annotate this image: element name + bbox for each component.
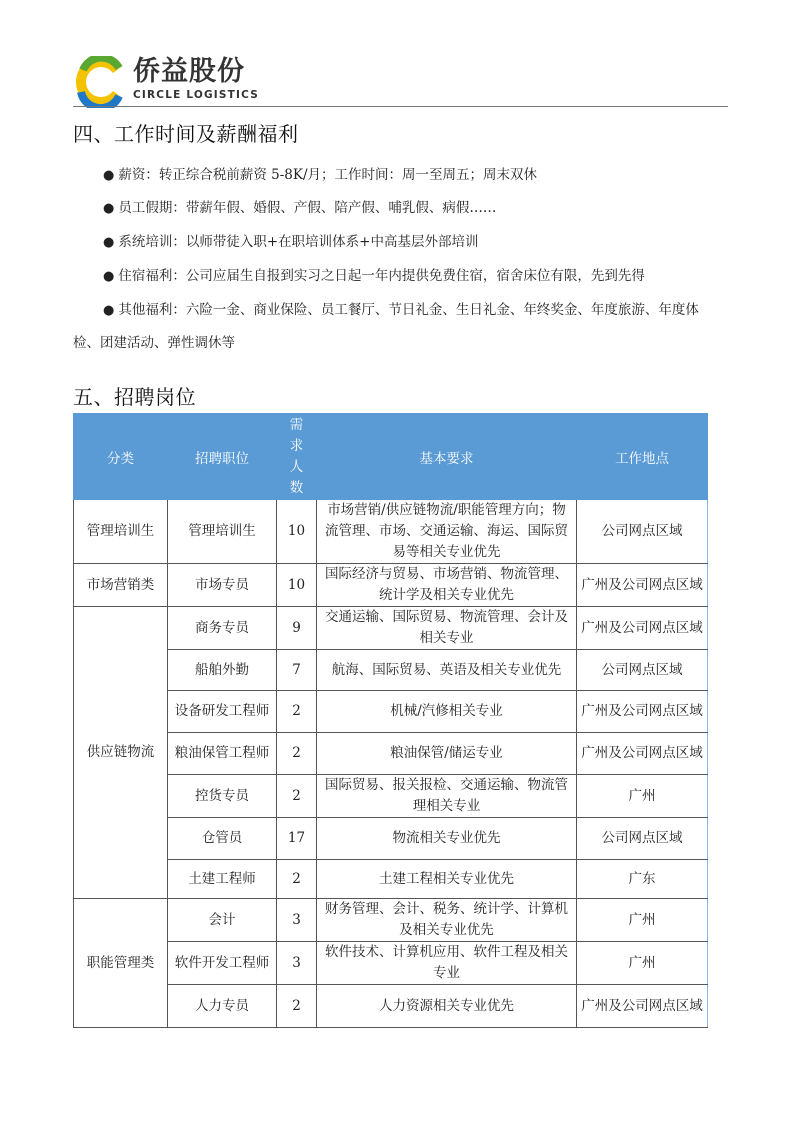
count-cell: 7 — [277, 650, 317, 691]
category-cell: 市场营销类 — [74, 564, 168, 607]
location-cell: 广州及公司网点区域 — [577, 733, 708, 775]
table-row: 仓管员 17 物流相关专业优先 公司网点区域 — [74, 818, 708, 860]
count-cell: 2 — [277, 860, 317, 899]
requirement-cell: 交通运输、国际贸易、物流管理、会计及相关专业 — [317, 607, 577, 650]
table-row: 粮油保管工程师 2 粮油保管/储运专业 广州及公司网点区域 — [74, 733, 708, 775]
requirement-cell: 财务管理、会计、税务、统计学、计算机及相关专业优先 — [317, 899, 577, 942]
count-cell: 17 — [277, 818, 317, 860]
location-cell: 广州 — [577, 899, 708, 942]
table-row: 土建工程师 2 土建工程相关专业优先 广东 — [74, 860, 708, 899]
header-char: 数 — [277, 478, 316, 499]
category-cell: 职能管理类 — [74, 899, 168, 1028]
location-cell: 公司网点区域 — [577, 650, 708, 691]
benefit-item-other: ●其他福利：六险一金、商业保险、员工餐厅、节日礼金、生日礼金、年终奖金、年度旅游… — [103, 298, 699, 318]
section-5-title: 五、招聘岗位 — [73, 381, 196, 410]
bullet-icon: ● — [103, 235, 114, 250]
position-cell: 商务专员 — [168, 607, 277, 650]
column-header-position: 招聘职位 — [168, 414, 277, 500]
location-cell: 广州及公司网点区域 — [577, 691, 708, 733]
count-cell: 3 — [277, 899, 317, 942]
position-cell: 粮油保管工程师 — [168, 733, 277, 775]
circle-logistics-logo-icon — [73, 56, 127, 108]
bullet-icon: ● — [103, 303, 114, 318]
count-cell: 2 — [277, 691, 317, 733]
count-cell: 3 — [277, 942, 317, 985]
column-header-count: 需 求 人 数 — [277, 414, 317, 500]
category-cell: 管理培训生 — [74, 500, 168, 564]
benefit-item-leave: ●员工假期：带薪年假、婚假、产假、陪产假、哺乳假、病假…… — [103, 196, 496, 216]
location-cell: 广州及公司网点区域 — [577, 564, 708, 607]
bullet-icon: ● — [103, 168, 114, 183]
bullet-icon: ● — [103, 201, 114, 216]
brand-name-english: CIRCLE LOGISTICS — [133, 89, 259, 101]
table-header-row: 分类 招聘职位 需 求 人 数 基本要求 工作地点 — [74, 414, 708, 500]
table-row: 供应链物流 商务专员 9 交通运输、国际贸易、物流管理、会计及相关专业 广州及公… — [74, 607, 708, 650]
benefit-text: 其他福利：六险一金、商业保险、员工餐厅、节日礼金、生日礼金、年终奖金、年度旅游、… — [118, 302, 699, 318]
position-cell: 仓管员 — [168, 818, 277, 860]
table-row: 软件开发工程师 3 软件技术、计算机应用、软件工程及相关专业 广州 — [74, 942, 708, 985]
position-cell: 控货专员 — [168, 775, 277, 818]
location-cell: 广州及公司网点区域 — [577, 985, 708, 1028]
count-cell: 10 — [277, 564, 317, 607]
table-row: 管理培训生 管理培训生 10 市场营销/供应链物流/职能管理方向；物流管理、市场… — [74, 500, 708, 564]
requirement-cell: 软件技术、计算机应用、软件工程及相关专业 — [317, 942, 577, 985]
location-cell: 公司网点区域 — [577, 818, 708, 860]
brand-name-chinese: 侨益股份 — [133, 56, 245, 88]
header-char: 求 — [277, 436, 316, 457]
requirement-cell: 粮油保管/储运专业 — [317, 733, 577, 775]
document-header: 侨益股份 CIRCLE LOGISTICS — [73, 52, 728, 106]
requirement-cell: 市场营销/供应链物流/职能管理方向；物流管理、市场、交通运输、海运、国际贸易等相… — [317, 500, 577, 564]
benefit-text: 员工假期：带薪年假、婚假、产假、陪产假、哺乳假、病假…… — [118, 200, 496, 216]
requirement-cell: 国际经济与贸易、市场营销、物流管理、统计学及相关专业优先 — [317, 564, 577, 607]
requirement-cell: 人力资源相关专业优先 — [317, 985, 577, 1028]
requirement-cell: 国际贸易、报关报检、交通运输、物流管理相关专业 — [317, 775, 577, 818]
benefit-text: 系统培训：以师带徒入职+在职培训体系+中高基层外部培训 — [118, 234, 478, 250]
category-cell: 供应链物流 — [74, 607, 168, 899]
table-row: 市场营销类 市场专员 10 国际经济与贸易、市场营销、物流管理、统计学及相关专业… — [74, 564, 708, 607]
position-cell: 船舶外勤 — [168, 650, 277, 691]
table-row: 船舶外勤 7 航海、国际贸易、英语及相关专业优先 公司网点区域 — [74, 650, 708, 691]
benefit-text: 薪资：转正综合税前薪资 5-8K/月；工作时间：周一至周五；周末双休 — [118, 167, 537, 183]
header-char: 需 — [277, 415, 316, 436]
requirement-cell: 航海、国际贸易、英语及相关专业优先 — [317, 650, 577, 691]
location-cell: 广州 — [577, 775, 708, 818]
count-cell: 2 — [277, 775, 317, 818]
position-cell: 管理培训生 — [168, 500, 277, 564]
header-char: 人 — [277, 457, 316, 478]
location-cell: 广州及公司网点区域 — [577, 607, 708, 650]
location-cell: 广东 — [577, 860, 708, 899]
requirement-cell: 机械/汽修相关专业 — [317, 691, 577, 733]
benefit-item-training: ●系统培训：以师带徒入职+在职培训体系+中高基层外部培训 — [103, 230, 478, 250]
table-row: 职能管理类 会计 3 财务管理、会计、税务、统计学、计算机及相关专业优先 广州 — [74, 899, 708, 942]
table-row: 控货专员 2 国际贸易、报关报检、交通运输、物流管理相关专业 广州 — [74, 775, 708, 818]
table-row: 人力专员 2 人力资源相关专业优先 广州及公司网点区域 — [74, 985, 708, 1028]
position-cell: 土建工程师 — [168, 860, 277, 899]
location-cell: 广州 — [577, 942, 708, 985]
bullet-icon: ● — [103, 269, 114, 284]
header-divider — [73, 106, 728, 107]
location-cell: 公司网点区域 — [577, 500, 708, 564]
benefit-item-salary: ●薪资：转正综合税前薪资 5-8K/月；工作时间：周一至周五；周末双休 — [103, 163, 537, 183]
benefit-text: 住宿福利：公司应届生自报到实习之日起一年内提供免费住宿，宿舍床位有限，先到先得 — [118, 268, 645, 284]
column-header-category: 分类 — [74, 414, 168, 500]
position-cell: 会计 — [168, 899, 277, 942]
count-cell: 2 — [277, 733, 317, 775]
count-cell: 10 — [277, 500, 317, 564]
section-4-title: 四、工作时间及薪酬福利 — [73, 118, 299, 147]
count-cell: 2 — [277, 985, 317, 1028]
position-cell: 市场专员 — [168, 564, 277, 607]
table-row: 设备研发工程师 2 机械/汽修相关专业 广州及公司网点区域 — [74, 691, 708, 733]
column-header-requirement: 基本要求 — [317, 414, 577, 500]
requirement-cell: 物流相关专业优先 — [317, 818, 577, 860]
column-header-location: 工作地点 — [577, 414, 708, 500]
position-cell: 设备研发工程师 — [168, 691, 277, 733]
benefit-item-other-continuation: 检、团建活动、弹性调休等 — [73, 331, 235, 351]
position-cell: 软件开发工程师 — [168, 942, 277, 985]
recruitment-table: 分类 招聘职位 需 求 人 数 基本要求 工作地点 管理培训生 管理培训生 10… — [73, 413, 708, 1028]
requirement-cell: 土建工程相关专业优先 — [317, 860, 577, 899]
count-cell: 9 — [277, 607, 317, 650]
position-cell: 人力专员 — [168, 985, 277, 1028]
benefit-item-housing: ●住宿福利：公司应届生自报到实习之日起一年内提供免费住宿，宿舍床位有限，先到先得 — [103, 264, 645, 284]
